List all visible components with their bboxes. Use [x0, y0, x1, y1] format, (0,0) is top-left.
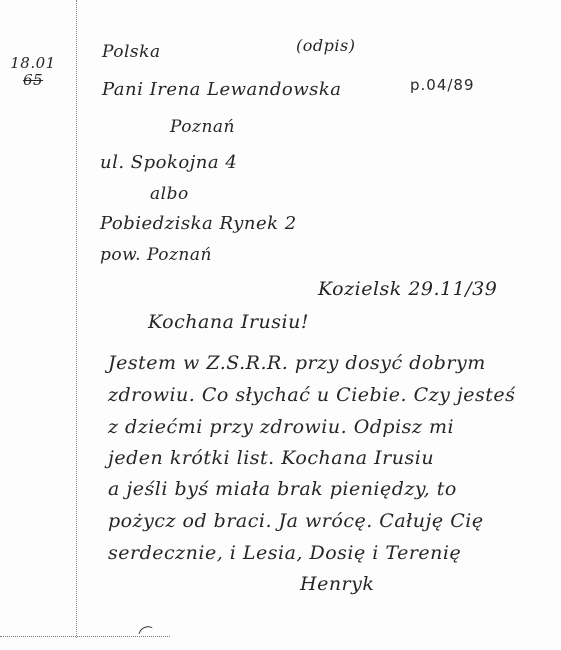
signature: Henryk: [300, 573, 374, 595]
body-line: z dziećmi przy zdrowiu. Odpisz mi: [108, 416, 454, 438]
recipient-street: ul. Spokojna 4: [100, 152, 237, 173]
margin-line: [76, 0, 77, 638]
recipient-name: Pani Irena Lewandowska: [102, 79, 342, 100]
recipient-city: Poznań: [170, 117, 235, 137]
letter-page: 18.01 65 Polska (odpis) p.04/89 Pani Ire…: [0, 0, 561, 650]
copy-label: (odpis): [296, 36, 355, 55]
margin-note-date: 18.01: [10, 54, 55, 72]
recipient-alt-street: Pobiedziska Rynek 2: [100, 213, 297, 234]
recipient-district: pow. Poznań: [100, 245, 212, 265]
country-line: Polska: [102, 42, 161, 62]
body-line: jeden krótki list. Kochana Irusiu: [108, 447, 434, 469]
place-and-date: Kozielsk 29.11/39: [318, 278, 497, 300]
body-line: a jeśli byś miała brak pieniędzy, to: [108, 478, 457, 500]
body-line: pożycz od braci. Ja wrócę. Całuję Cię: [108, 510, 484, 532]
body-line: serdecznie, i Lesia, Dosię i Terenię: [108, 542, 461, 564]
margin-note-year: 65: [8, 72, 58, 89]
body-line: Jestem w Z.S.R.R. przy dosyć dobrym: [108, 352, 486, 374]
margin-note: 18.01 65: [8, 55, 58, 89]
address-or: albo: [150, 184, 189, 204]
body-line: zdrowiu. Co słychać u Ciebie. Czy jesteś: [108, 384, 515, 406]
reference-number: p.04/89: [410, 76, 475, 94]
greeting: Kochana Irusiu!: [148, 311, 309, 333]
